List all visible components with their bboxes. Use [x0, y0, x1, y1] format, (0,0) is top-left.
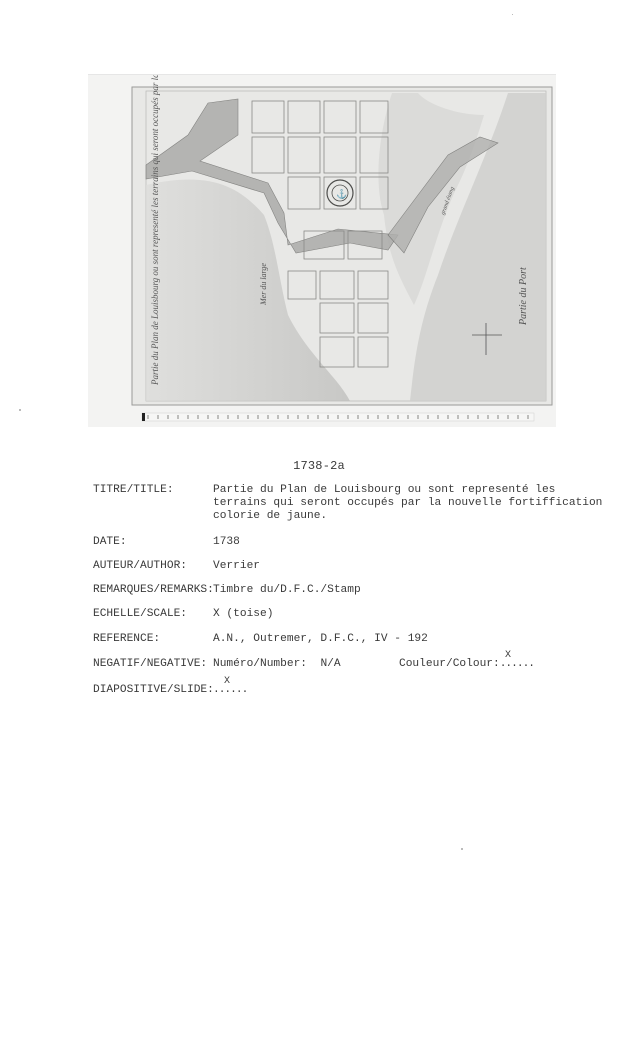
colour-label: Couleur/Colour: [399, 658, 500, 670]
map-photograph: ⚓ Partie du Plan de Louisbourg ou sont r… [88, 74, 556, 427]
svg-text:⚓: ⚓ [336, 188, 347, 199]
number-label: Numéro/Number: [213, 658, 307, 670]
field-reference: REFERENCE: A.N., Outremer, D.F.C., IV - … [93, 633, 213, 646]
field-scale: ECHELLE/SCALE: X (toise) [93, 608, 213, 621]
field-label: REFERENCE: [93, 633, 213, 646]
svg-text:Mer du large: Mer du large [259, 263, 268, 306]
slide-entry: ...... X [213, 684, 247, 697]
field-title: TITRE/TITLE: Partie du Plan de Louisbour… [93, 484, 213, 497]
field-remarks: REMARQUES/REMARKS: Timbre du/D.F.C./Stam… [93, 584, 213, 597]
reference-number: 1738-2a [0, 459, 638, 473]
field-value: A.N., Outremer, D.F.C., IV - 192 [213, 633, 428, 646]
field-label: ECHELLE/SCALE: [93, 608, 213, 621]
field-label: AUTEUR/AUTHOR: [93, 560, 213, 573]
field-label: DATE: [93, 536, 213, 549]
field-date: DATE: 1738 [93, 536, 213, 549]
field-label: REMARQUES/REMARKS: [93, 584, 213, 597]
dust-speck [461, 848, 463, 850]
slide-blank: ...... [213, 684, 247, 696]
slide-mark: X [224, 675, 230, 688]
field-author: AUTEUR/AUTHOR: Verrier [93, 560, 213, 573]
number-value: N/A [320, 658, 340, 670]
field-label: TITRE/TITLE: [93, 484, 213, 497]
map-drawing: ⚓ Partie du Plan de Louisbourg ou sont r… [88, 75, 556, 427]
dust-speck [512, 14, 513, 15]
svg-text:Partie du Plan de Louisbourg o: Partie du Plan de Louisbourg ou sont rep… [150, 75, 160, 386]
field-value: X (toise) [213, 608, 273, 621]
field-value: Timbre du/D.F.C./Stamp [213, 584, 361, 597]
colour-mark: X [505, 649, 511, 662]
field-negative: NEGATIF/NEGATIVE: Numéro/Number: N/A Cou… [93, 658, 213, 671]
negative-number: Numéro/Number: N/A [213, 658, 341, 671]
field-slide: DIAPOSITIVE/SLIDE: ...... X [93, 684, 213, 697]
svg-text:Partie du Port: Partie du Port [518, 267, 529, 326]
field-label: DIAPOSITIVE/SLIDE: [93, 684, 213, 697]
field-value: 1738 [213, 536, 240, 549]
colour-entry: Couleur/Colour:...... X [399, 658, 534, 671]
field-label: NEGATIF/NEGATIVE: [93, 658, 213, 671]
dust-speck [19, 409, 21, 411]
field-value: Partie du Plan de Louisbourg ou sont rep… [213, 484, 602, 523]
field-value: Verrier [213, 560, 260, 573]
